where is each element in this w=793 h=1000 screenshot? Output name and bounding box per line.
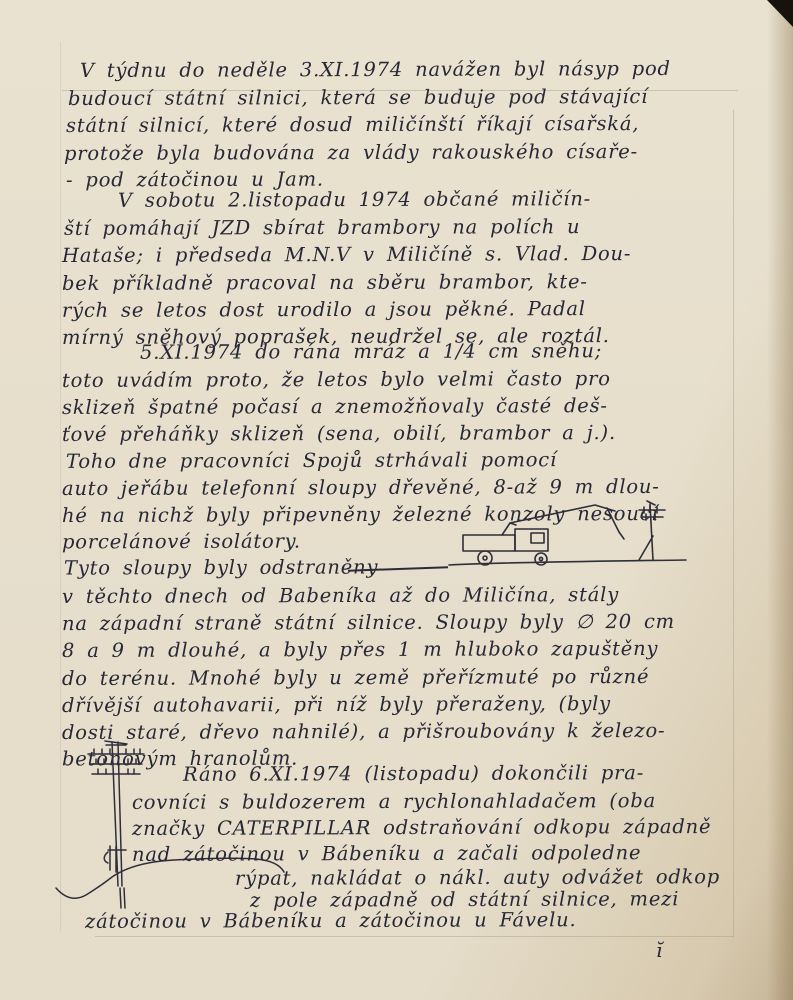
manuscript-line: na západní straně státní silnice. Sloupy… [62,612,675,634]
manuscript-line: státní silnicí, které dosud miličínští ř… [66,114,639,136]
manuscript-line: 5.XI.1974 do rána mráz a 1/4 cm sněhu; [140,341,602,362]
manuscript-line: z pole západně od státní silnice, mezi [250,889,679,910]
manuscript-line: sklizeň špatné počasí a znemožňovaly čas… [62,396,608,417]
manuscript-line: budoucí státní silnici, která se buduje … [68,87,648,109]
bottom-check-mark: ĭ [656,938,662,962]
pencil-guide-bottom-rule [95,936,733,937]
manuscript-line: porcelánové isolátory. [62,532,301,552]
manuscript-line: bek příkladně pracoval na sběru brambor,… [62,272,588,293]
manuscript-line: Toho dne pracovníci Spojů strhávali pomo… [66,450,557,471]
manuscript-line: dřívější autohavarii, při níž byly přera… [62,694,611,715]
manuscript-line: covníci s buldozerem a rychlonahladačem … [132,791,656,812]
manuscript-line: - pod zátočinou u Jam. [66,170,324,190]
manuscript-line: značky CATERPILLAR odstraňování odkopu z… [132,817,711,839]
manuscript-line: 8 a 9 m dlouhé, a byly přes 1 m hluboko … [62,639,658,661]
manuscript-line: v těchto dnech od Babeníka až do Miličín… [62,585,619,606]
manuscript-line: rýpat, nakládat o nákl. auty odvážet odk… [235,867,720,888]
manuscript-line: Tyto sloupy byly odstraněny [64,557,378,578]
manuscript-line: auto jeřábu telefonní sloupy dřevěné, 8-… [62,477,660,499]
manuscript-line: zátočinou v Bábeníku a zátočinou u Fável… [85,910,577,931]
manuscript-line: protože byla budována za vlády rakouskéh… [64,142,638,164]
manuscript-line: V týdnu do neděle 3.XI.1974 navážen byl … [80,59,671,81]
manuscript-line: Hataše; i předseda M.N.V v Miličíně s. V… [62,244,631,265]
dark-corner-top-right [767,0,793,27]
manuscript-line: nad zátočinou v Bábeníku a začali odpole… [132,843,641,864]
truck-crane-sketch-icon [445,498,690,573]
manuscript-line: Ráno 6.XI.1974 (listopadu) dokončili pra… [183,763,644,784]
manuscript-line: ští pomáhají JZD sbírat brambory na polí… [64,217,580,238]
manuscript-line: do terénu. Mnohé byly u země přeřízmuté … [62,667,649,689]
manuscript-line: V sobotu 2.listopadu 1974 občané miličín… [118,189,591,210]
manuscript-line: ťové přeháňky sklizeň (sena, obilí, bram… [62,423,616,444]
manuscript-line: rých se letos dost urodilo a jsou pěkné.… [62,299,586,320]
chronicle-page: V týdnu do neděle 3.XI.1974 navážen byl … [0,0,793,1000]
pencil-guide-right-margin [733,110,734,938]
page-edge-shadow [767,0,793,1000]
manuscript-line: toto uvádím proto, že letos bylo velmi č… [62,369,611,390]
